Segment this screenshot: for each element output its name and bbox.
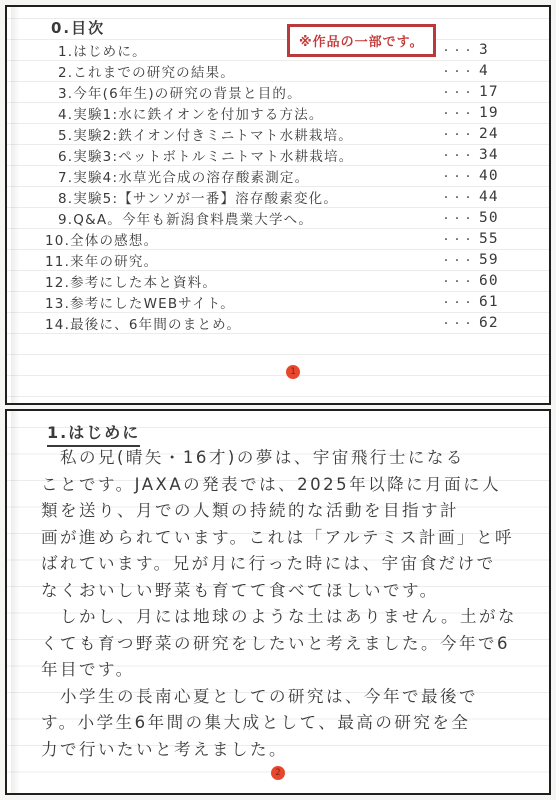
toc-page-number: 59 bbox=[479, 252, 499, 268]
toc-item-ref: ・・・4 bbox=[441, 63, 527, 79]
toc-item-label: 7.実験4:水草光合成の溶存酸素測定。 bbox=[58, 166, 441, 186]
toc-item-ref: ・・・19 bbox=[441, 105, 527, 121]
toc-page-number: 34 bbox=[479, 147, 499, 163]
intro-page: 1.はじめに 私の兄(晴矢・16才)の夢は、宇宙飛行士になる ことです。JAXA… bbox=[5, 409, 551, 795]
toc-item-ref: ・・・55 bbox=[441, 231, 527, 247]
toc-leader-dots: ・・・ bbox=[441, 105, 474, 120]
toc-item-label: 6.実験3:ペットボトルミニトマト水耕栽培。 bbox=[58, 145, 441, 165]
toc-item-label: 4.実験1:水に鉄イオンを付加する方法。 bbox=[58, 103, 441, 123]
toc-item-ref: ・・・3 bbox=[441, 42, 527, 58]
toc-row: 8.実験5:【サンソが一番】溶存酸素変化。 ・・・44 bbox=[45, 186, 527, 207]
toc-leader-dots: ・・・ bbox=[441, 126, 474, 141]
toc-page-number: 55 bbox=[479, 231, 499, 247]
toc-row: 4.実験1:水に鉄イオンを付加する方法。 ・・・19 bbox=[45, 102, 527, 123]
text-line: ばれています。兄が月に行った時には、宇宙食だけで bbox=[41, 551, 539, 578]
toc-item-label: 5.実験2:鉄イオン付きミニトマト水耕栽培。 bbox=[58, 124, 441, 144]
text-line: くても育つ野菜の研究をしたいと考えました。今年で6 bbox=[41, 631, 539, 658]
toc-item-label: 9.Q&A。今年も新潟食料農業大学へ。 bbox=[58, 208, 441, 228]
toc-row: 7.実験4:水草光合成の溶存酸素測定。 ・・・40 bbox=[45, 165, 527, 186]
toc-leader-dots: ・・・ bbox=[441, 273, 474, 288]
toc-item-ref: ・・・24 bbox=[441, 126, 527, 142]
toc-title: 0.目次 bbox=[51, 17, 105, 38]
toc-row: 10.全体の感想。 ・・・55 bbox=[45, 228, 527, 249]
page-number-marker: 2 bbox=[271, 766, 285, 780]
toc-item-ref: ・・・40 bbox=[441, 168, 527, 184]
text-line: 類を送り、月での人類の持続的な活動を目指す計 bbox=[41, 498, 539, 525]
toc-leader-dots: ・・・ bbox=[441, 63, 474, 78]
toc-page-number: 4 bbox=[479, 63, 489, 79]
toc-item-label: 3.今年(6年生)の研究の背景と目的。 bbox=[58, 82, 441, 102]
toc-row: 6.実験3:ペットボトルミニトマト水耕栽培。 ・・・34 bbox=[45, 144, 527, 165]
toc-leader-dots: ・・・ bbox=[441, 189, 474, 204]
toc-item-label: 11.来年の研究。 bbox=[45, 250, 441, 270]
toc-row: 2.これまでの研究の結果。 ・・・4 bbox=[45, 60, 527, 81]
toc-row: 11.来年の研究。 ・・・59 bbox=[45, 249, 527, 270]
text-line: 年目です。 bbox=[41, 657, 539, 684]
toc-leader-dots: ・・・ bbox=[441, 231, 474, 246]
text-line: しかし、月には地球のような土はありません。土がな bbox=[41, 604, 539, 631]
toc-item-label: 12.参考にした本と資料。 bbox=[45, 271, 441, 291]
toc-item-ref: ・・・34 bbox=[441, 147, 527, 163]
toc-page-number: 50 bbox=[479, 210, 499, 226]
toc-page-number: 24 bbox=[479, 126, 499, 142]
toc-leader-dots: ・・・ bbox=[441, 252, 474, 267]
text-line: なくおいしい野菜も育てて食べてほしいです。 bbox=[41, 578, 539, 605]
toc-item-ref: ・・・59 bbox=[441, 252, 527, 268]
toc-leader-dots: ・・・ bbox=[441, 42, 474, 57]
toc-item-ref: ・・・17 bbox=[441, 84, 527, 100]
toc-item-ref: ・・・61 bbox=[441, 294, 527, 310]
text-line: 力で行いたいと考えました。 bbox=[41, 737, 539, 764]
toc-leader-dots: ・・・ bbox=[441, 84, 474, 99]
toc-page-number: 19 bbox=[479, 105, 499, 121]
section-heading: 1.はじめに bbox=[47, 420, 140, 447]
toc-row: 14.最後に、6年間のまとめ。 ・・・62 bbox=[45, 312, 527, 333]
toc-page-number: 44 bbox=[479, 189, 499, 205]
toc-leader-dots: ・・・ bbox=[441, 294, 474, 309]
toc-list: 1.はじめに。 ・・・3 2.これまでの研究の結果。 ・・・4 3.今年(6年生… bbox=[45, 39, 527, 333]
toc-row: 3.今年(6年生)の研究の背景と目的。 ・・・17 bbox=[45, 81, 527, 102]
intro-paragraphs: 私の兄(晴矢・16才)の夢は、宇宙飛行士になる ことです。JAXAの発表では、2… bbox=[41, 445, 539, 763]
toc-item-ref: ・・・60 bbox=[441, 273, 527, 289]
toc-page-number: 62 bbox=[479, 315, 499, 331]
toc-item-label: 14.最後に、6年間のまとめ。 bbox=[45, 313, 441, 333]
toc-page-number: 61 bbox=[479, 294, 499, 310]
toc-leader-dots: ・・・ bbox=[441, 210, 474, 225]
scanned-notebook: { "colors": { "ink": "#3a3a3a", "notice_… bbox=[0, 0, 556, 800]
toc-row: 12.参考にした本と資料。 ・・・60 bbox=[45, 270, 527, 291]
text-line: 小学生の長南心夏としての研究は、今年で最後で bbox=[41, 684, 539, 711]
text-line: ことです。JAXAの発表では、2025年以降に月面に人 bbox=[41, 472, 539, 499]
toc-item-label: 1.はじめに。 bbox=[58, 40, 441, 60]
toc-item-ref: ・・・62 bbox=[441, 315, 527, 331]
toc-row: 13.参考にしたWEBサイト。 ・・・61 bbox=[45, 291, 527, 312]
toc-row: 5.実験2:鉄イオン付きミニトマト水耕栽培。 ・・・24 bbox=[45, 123, 527, 144]
toc-leader-dots: ・・・ bbox=[441, 147, 474, 162]
toc-item-label: 8.実験5:【サンソが一番】溶存酸素変化。 bbox=[58, 187, 441, 207]
toc-page-number: 3 bbox=[479, 42, 489, 58]
toc-leader-dots: ・・・ bbox=[441, 315, 474, 330]
toc-leader-dots: ・・・ bbox=[441, 168, 474, 183]
text-line: 私の兄(晴矢・16才)の夢は、宇宙飛行士になる bbox=[41, 445, 539, 472]
text-line: 画が進められています。これは「アルテミス計画」と呼 bbox=[41, 525, 539, 552]
toc-row: 1.はじめに。 ・・・3 bbox=[45, 39, 527, 60]
toc-page: 0.目次 ※作品の一部です。 1.はじめに。 ・・・3 2.これまでの研究の結果… bbox=[5, 5, 551, 405]
toc-item-ref: ・・・50 bbox=[441, 210, 527, 226]
toc-item-label: 13.参考にしたWEBサイト。 bbox=[45, 292, 441, 312]
text-line: す。小学生6年間の集大成として、最高の研究を全 bbox=[41, 710, 539, 737]
page-number-marker: 1 bbox=[286, 365, 300, 379]
toc-row: 9.Q&A。今年も新潟食料農業大学へ。 ・・・50 bbox=[45, 207, 527, 228]
toc-item-ref: ・・・44 bbox=[441, 189, 527, 205]
toc-item-label: 10.全体の感想。 bbox=[45, 229, 441, 249]
toc-page-number: 60 bbox=[479, 273, 499, 289]
toc-page-number: 40 bbox=[479, 168, 499, 184]
toc-page-number: 17 bbox=[479, 84, 499, 100]
toc-item-label: 2.これまでの研究の結果。 bbox=[58, 61, 441, 81]
